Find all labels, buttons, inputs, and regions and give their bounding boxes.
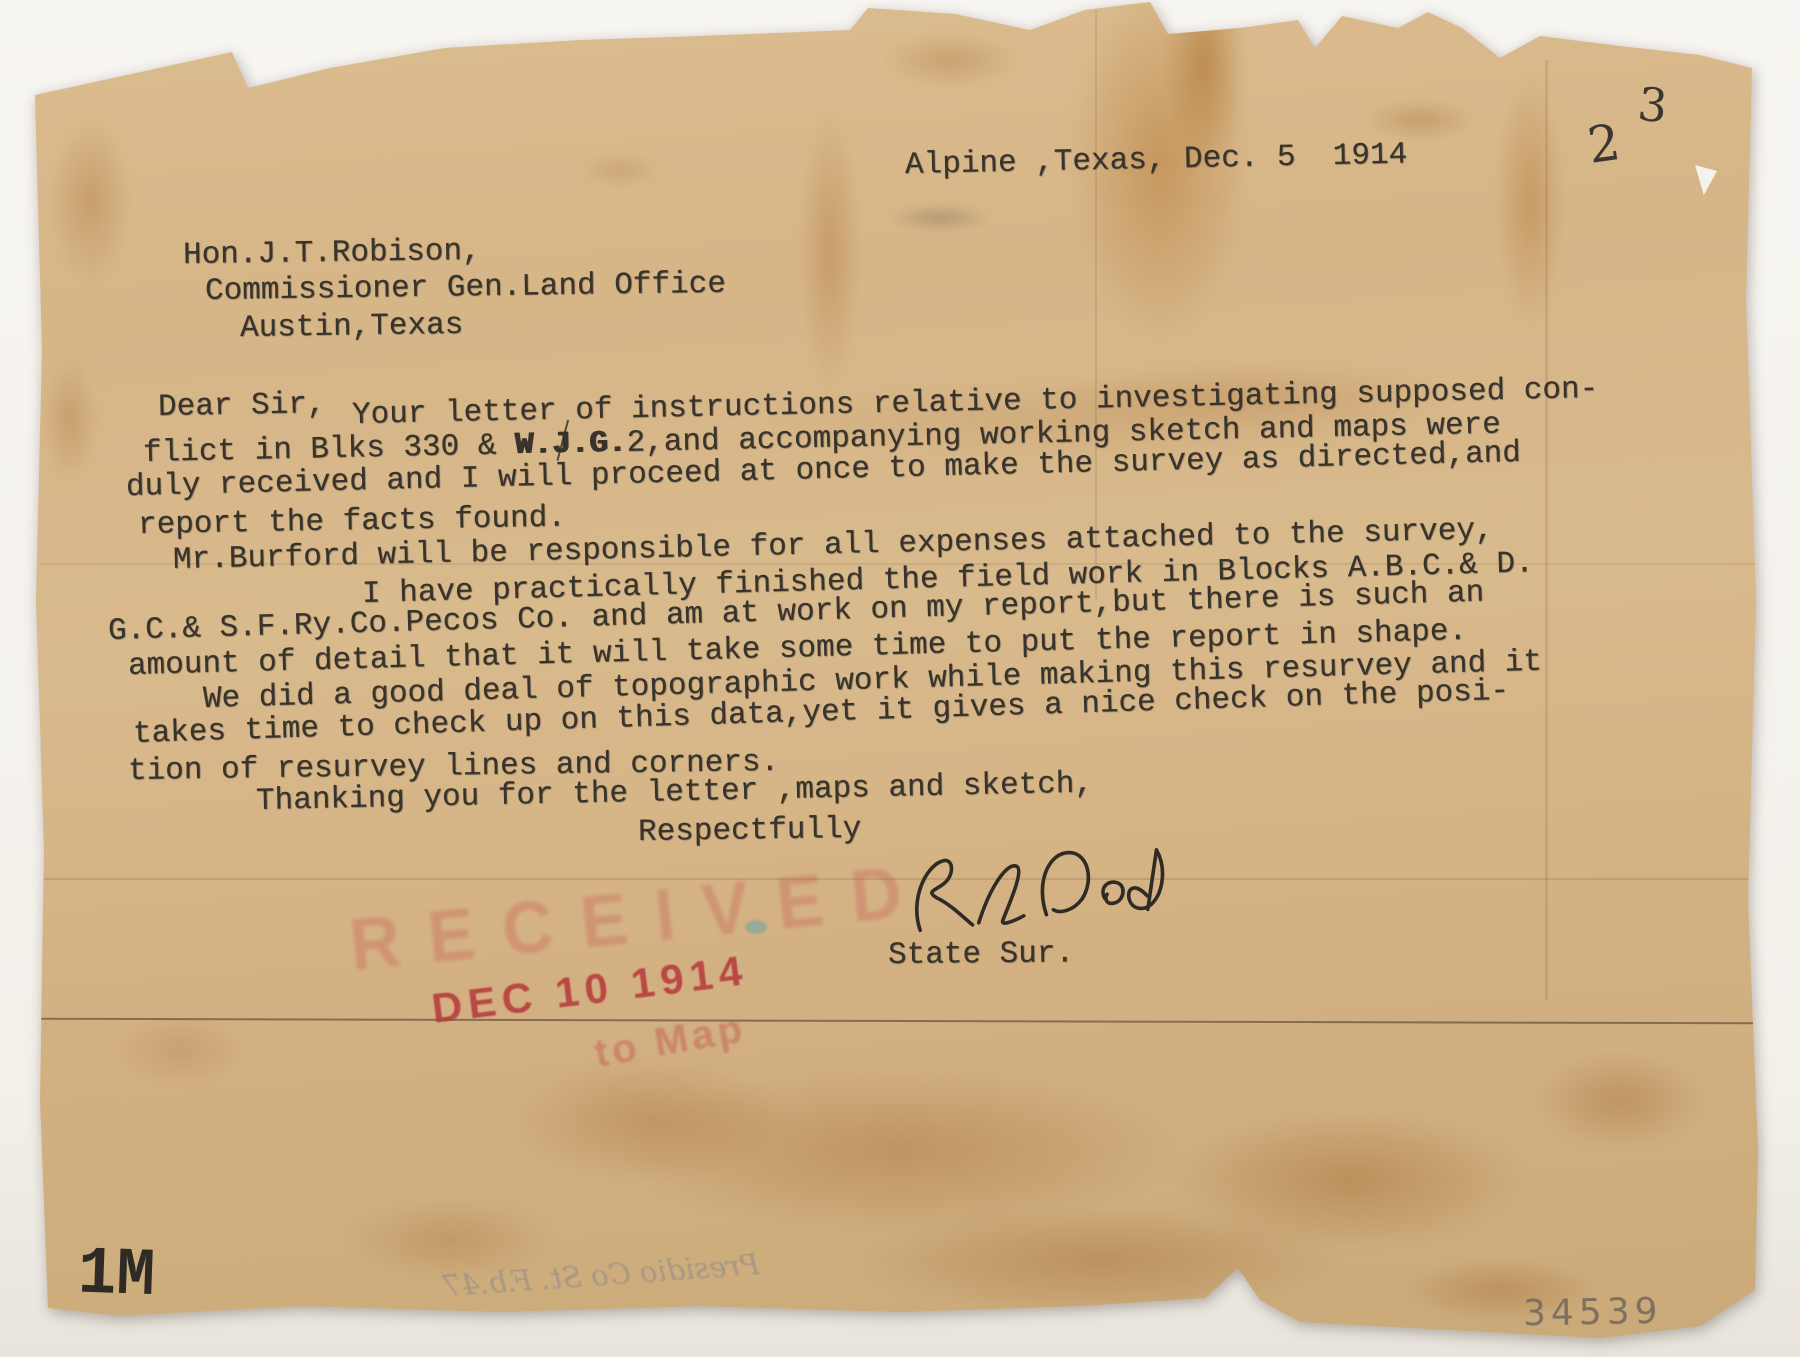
referred-to-map-stamp: to Map [591,1006,749,1077]
fold-crease [1545,60,1548,1000]
closing: Respectfully [638,812,862,850]
handwritten-note-2: 2 [1584,113,1624,175]
dateline: Alpine ,Texas, Dec. 5 1914 [905,137,1408,183]
signer-title: State Sur. [888,936,1074,973]
scanned-letter: 3 2 Alpine ,Texas, Dec. 5 1914 Hon.J.T.R… [0,0,1800,1357]
handwritten-1m-mark: 1M [77,1237,156,1315]
bleedthrough-handwriting: Presidio Co St. F.b.47 [329,1247,760,1311]
file-number: 34539 [1523,1291,1663,1334]
fold-crease [1095,10,1097,600]
recipient-name: Hon.J.T.Robison, [183,234,481,273]
handwritten-note-3: 3 [1635,77,1670,134]
paper-tear-hole [1695,165,1717,195]
recipient-title: Commissioner Gen.Land Office [205,267,726,309]
paper-sheet: 3 2 Alpine ,Texas, Dec. 5 1914 Hon.J.T.R… [0,0,1800,1357]
recipient-city: Austin,Texas [240,308,464,346]
signature [897,827,1192,947]
fold-crease [40,1018,1756,1024]
salutation: Dear Sir, [158,387,326,425]
